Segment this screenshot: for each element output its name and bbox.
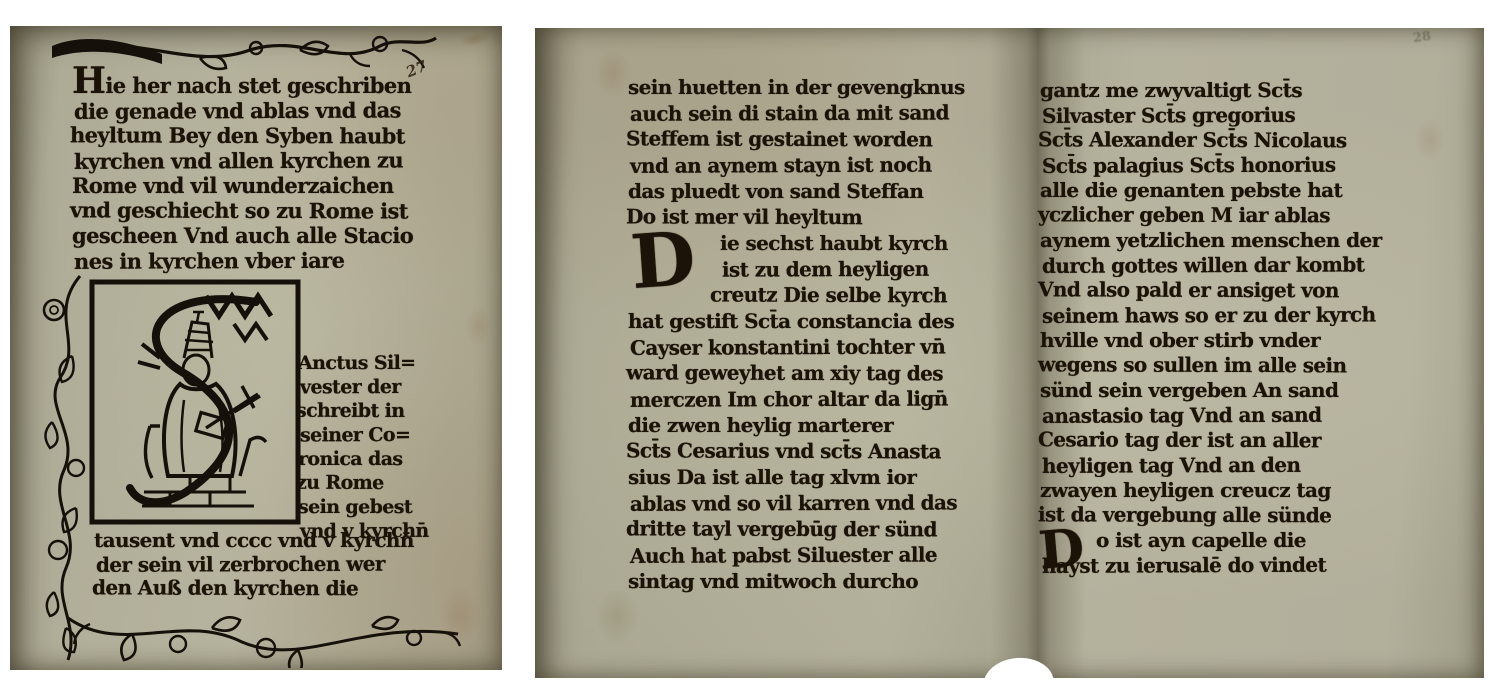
manuscript-text-line: o ist ayn capelle die (1096, 528, 1445, 553)
manuscript-text-line: heyligen tag Vnd an den (1042, 452, 1447, 479)
manuscript-text-line: aynem yetzlichen menschen der (1040, 228, 1445, 253)
manuscript-text-line: Sct̄s palagius Sct̄s honorius (1042, 152, 1447, 179)
stain (595, 588, 639, 644)
manuscript-text-line: zu Rome (296, 471, 466, 496)
manuscript-text-line: nes in kyrchen vber iare (74, 247, 474, 274)
manuscript-text-line: auch sein di stain da mit sand (630, 99, 1015, 127)
manuscript-text-line: die genade vnd ablas vnd das (74, 97, 474, 124)
manuscript-text-line: ward geweyhet am xiy tag des (626, 359, 1016, 386)
manuscript-text-line: vester der (300, 375, 470, 400)
manuscript-text-line: seiner Co= (300, 423, 470, 448)
manuscript-text-line: creutz Die selbe kyrch (710, 281, 1011, 308)
manuscript-text-line: vnd an aynem stayn ist noch (630, 151, 1015, 179)
manuscript-text-line: ist zu dem heyligen (722, 255, 1015, 282)
side-text-block: Anctus Sil=vester derschreibt inseiner C… (298, 351, 468, 543)
manuscript-text-line: Cayser konstantini tochter vn̄ (630, 333, 1020, 361)
spread-left-text-rest: hat gestift Sct̄a constancia desCayser k… (628, 308, 1018, 594)
manuscript-text-line: merczen Im chor altar da lign̄ (630, 385, 1020, 413)
manuscript-text-line: sius Da ist alle tag xlvm ior (628, 464, 1018, 490)
manuscript-text-line: Auch hat pabst Siluester alle (630, 541, 1020, 569)
manuscript-text-line: Steffem ist gestainet worden (626, 125, 1011, 152)
spread-right-text: gantz me zwyvaltigt Sct̄sSilvaster Sct̄s… (1040, 78, 1445, 528)
manuscript-text-line: Silvaster Sct̄s gregorius (1042, 102, 1447, 129)
manuscript-text-line: Vnd also pald er ansiget von (1038, 277, 1443, 303)
bottom-text-block: tausent vnd cccc vnd v kyrchn̄der sein v… (94, 528, 484, 600)
manuscript-text-line: Sct̄s Alexander Sct̄s Nicolaus (1038, 127, 1443, 153)
manuscript-text-line: sein huetten in der gevengknus (628, 74, 1013, 100)
manuscript-text-line: sein gebest (298, 495, 468, 519)
manuscript-text-line: ist da vergebung alle sünde (1038, 502, 1443, 528)
spread-left-text-top: sein huetten in der gevengknusauch sein … (628, 74, 1013, 230)
manuscript-text-line: alle die genanten pebste hat (1040, 178, 1445, 203)
intro-text-block: Hie her nach stet geschribendie genade v… (72, 72, 472, 273)
manuscript-text-line: zwayen heyligen creucz tag (1040, 478, 1445, 503)
manuscript-text-line: Rome vnd vil wunderzaichen (72, 173, 472, 198)
manuscript-text-line: den Auß den kyrchen die (92, 575, 482, 600)
manuscript-text-line: hat gestift Sct̄a constancia des (628, 308, 1018, 334)
manuscript-text-line: die zwen heylig marterer (628, 412, 1018, 438)
manuscript-text-line: ronica das (298, 447, 468, 471)
faint-folio-mark: 28 (1412, 29, 1432, 46)
manuscript-text-line: hville vnd ober stirb vnder (1040, 328, 1445, 353)
faint-corner-mark (459, 30, 491, 49)
manuscript-text-line: Sct̄s Cesarius vnd sct̄s Anasta (626, 437, 1016, 464)
manuscript-text-line: yczlicher geben M iar ablas (1038, 202, 1443, 228)
manuscript-text-line: gantz me zwyvaltigt Sct̄s (1040, 78, 1445, 103)
manuscript-text-line: schreibt in (296, 399, 466, 424)
manuscript-text-line: Hie her nach stet geschriben (72, 72, 472, 98)
manuscript-single-page-photo: 27 Hie her nach stet geschribendie genad… (10, 26, 502, 670)
manuscript-text-line: hayst zu ierusalē do vindet (1042, 552, 1447, 579)
manuscript-text-line: wegens so sullen im alle sein (1038, 352, 1443, 378)
manuscript-text-line: dritte tayl vergebūg der sünd (626, 515, 1016, 542)
stain (465, 306, 491, 346)
manuscript-text-line: vnd geschiecht so zu Rome ist (70, 197, 470, 223)
vine-flourish-bottom (62, 604, 467, 668)
manuscript-spread-photo: sein huetten in der gevengknusauch sein … (535, 28, 1484, 678)
spread-left-text-initial-lines: ie sechst haubt kyrchist zu dem heyligen… (628, 230, 1013, 308)
manuscript-text-line: ablas vnd so vil karren vnd das (630, 489, 1020, 517)
manuscript-text-line: sünd sein vergeben An sand (1040, 378, 1445, 403)
woodcut-initial-s-pope-illustration (88, 278, 302, 526)
manuscript-text-line: sintag vnd mitwoch durcho (628, 568, 1018, 594)
manuscript-text-line: Anctus Sil= (298, 351, 468, 375)
manuscript-text-line: tausent vnd cccc vnd v kyrchn̄ (94, 528, 484, 552)
stain (595, 48, 631, 98)
manuscript-text-line: anastasio tag Vnd an sand (1042, 402, 1447, 429)
manuscript-text-line: kyrchen vnd allen kyrchen zu (74, 147, 474, 174)
manuscript-text-line: der sein vil zerbrochen wer (96, 551, 486, 577)
spread-right-text-initial-lines: o ist ayn capelle diehayst zu ierusalē d… (1040, 528, 1445, 578)
manuscript-text-line: gescheen Vnd auch alle Stacio (72, 223, 472, 248)
manuscript-text-line: seinem haws so er zu der kyrch (1042, 302, 1447, 329)
manuscript-text-line: heyltum Bey den Syben haubt (70, 122, 470, 148)
manuscript-text-line: das pluedt von sand Steffan (628, 178, 1013, 204)
manuscript-text-line: ie sechst haubt kyrch (720, 230, 1013, 256)
manuscript-text-line: durch gottes willen dar kombt (1042, 252, 1447, 279)
manuscript-text-line: Cesario tag der ist an aller (1038, 427, 1443, 453)
